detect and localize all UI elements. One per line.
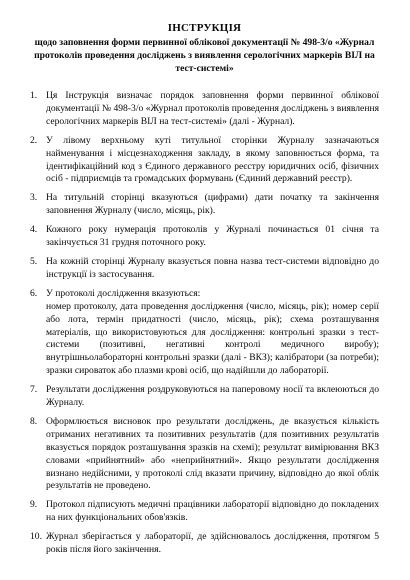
list-item-number: 4. [30,224,46,250]
list-item-number: 7. [30,384,46,410]
list-item: 3. На титульній сторінці вказуються (циф… [30,192,379,218]
list-item-number: 9. [30,499,46,525]
list-item-text: На кожній сторінці Журналу вказується по… [46,256,379,282]
list-item-text: Журнал зберігається у лабораторії, де зд… [46,531,379,557]
document-subtitle: щодо заповнення форми первинної обліково… [32,36,377,75]
list-item: 10. Журнал зберігається у лабораторії, д… [30,531,379,557]
list-item-text: Протокол підписують медичні працівники л… [46,499,379,525]
list-item-text: У лівому верхньому куті титульної сторін… [46,135,379,187]
document-page: ІНСТРУКЦІЯ щодо заповнення форми первинн… [0,0,410,580]
list-item-text: Ця Інструкція визначає порядок заповненн… [46,90,379,129]
list-item-number: 8. [30,416,46,493]
list-item: 9. Протокол підписують медичні працівник… [30,499,379,525]
list-item-text: Оформлюється висновок про результати дос… [46,416,379,493]
list-item-number: 3. [30,192,46,218]
list-item-number: 6. [30,288,46,378]
list-item-number: 1. [30,90,46,129]
list-item-number: 5. [30,256,46,282]
list-item-text: Результати дослідження роздруковуються н… [46,384,379,410]
list-item-text-lead: У протоколі дослідження вказуються: [46,288,200,299]
list-item: 1. Ця Інструкція визначає порядок заповн… [30,90,379,129]
list-item: 6. У протоколі дослідження вказуються:но… [30,288,379,378]
document-title: ІНСТРУКЦІЯ [30,22,379,35]
list-item-text: У протоколі дослідження вказуються:номер… [46,288,379,378]
list-item-text: На титульній сторінці вказуються (цифрам… [46,192,379,218]
list-item-text-continuation: номер протоколу, дата проведення дослідж… [46,301,379,378]
list-item-text: Кожного року нумерація протоколів у Журн… [46,224,379,250]
list-item-number: 2. [30,135,46,187]
list-item: 7. Результати дослідження роздруковуютьс… [30,384,379,410]
list-item: 2. У лівому верхньому куті титульної сто… [30,135,379,187]
list-item-number: 10. [30,531,46,557]
list-item: 5. На кожній сторінці Журналу вказується… [30,256,379,282]
list-item: 4. Кожного року нумерація протоколів у Ж… [30,224,379,250]
numbered-list: 1. Ця Інструкція визначає порядок заповн… [30,90,379,557]
list-item: 8. Оформлюється висновок про результати … [30,416,379,493]
